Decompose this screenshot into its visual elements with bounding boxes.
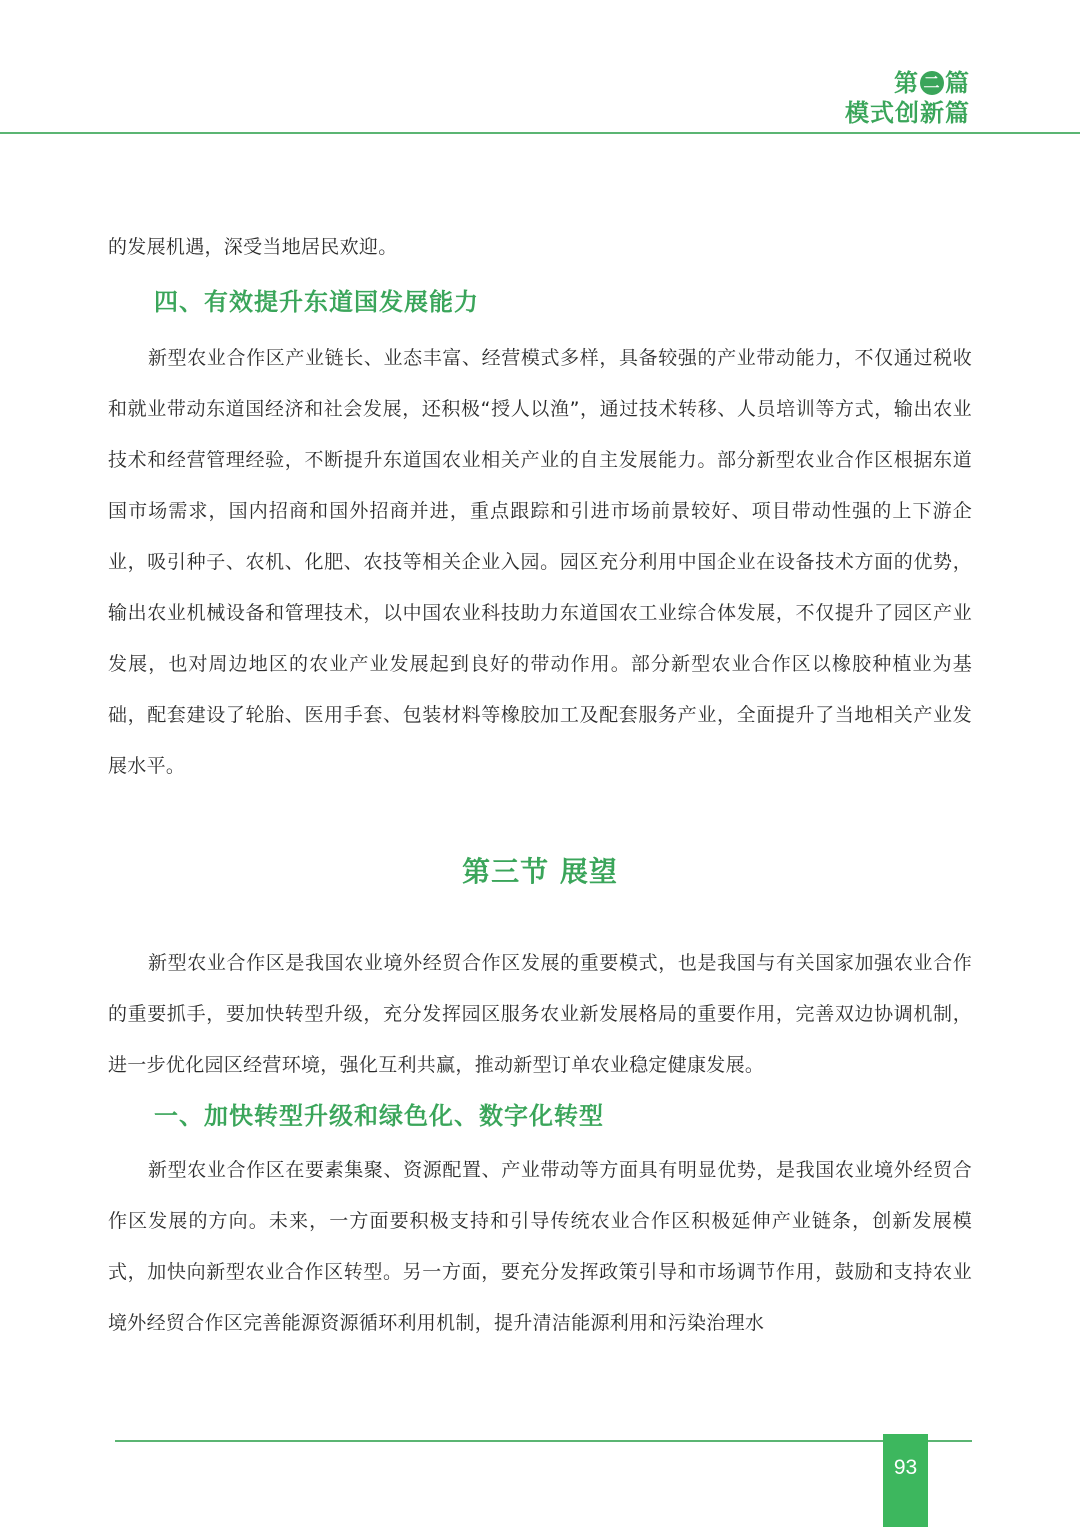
page-number-tab: 93: [883, 1434, 928, 1527]
footer-divider: [115, 1440, 972, 1442]
chapter-heading: 第三节 展望: [108, 854, 972, 890]
chapter-intro-paragraph: 新型农业合作区是我国农业境外经贸合作区发展的重要模式，也是我国与有关国家加强农业…: [108, 938, 972, 1091]
header-divider: [0, 132, 1080, 134]
part-suffix: 篇: [945, 68, 970, 98]
section-1-paragraph: 新型农业合作区在要素集聚、资源配置、产业带动等方面具有明显优势，是我国农业境外经…: [108, 1145, 972, 1349]
chapter-header: 第 二 篇 模式创新篇: [845, 68, 970, 128]
part-label: 第 二 篇: [845, 68, 970, 98]
section-heading-4: 四、有效提升东道国发展能力: [108, 287, 972, 317]
part-number-badge-icon: 二: [920, 71, 944, 95]
page-number: 93: [894, 1456, 917, 1479]
carryover-paragraph: 的发展机遇，深受当地居民欢迎。: [108, 222, 972, 273]
page-body: 的发展机遇，深受当地居民欢迎。 四、有效提升东道国发展能力 新型农业合作区产业链…: [108, 222, 972, 1349]
part-title: 模式创新篇: [845, 98, 970, 128]
section-heading-1: 一、加快转型升级和绿色化、数字化转型: [108, 1101, 972, 1131]
section-4-paragraph: 新型农业合作区产业链长、业态丰富、经营模式多样，具备较强的产业带动能力，不仅通过…: [108, 333, 972, 792]
part-prefix: 第: [894, 68, 919, 98]
